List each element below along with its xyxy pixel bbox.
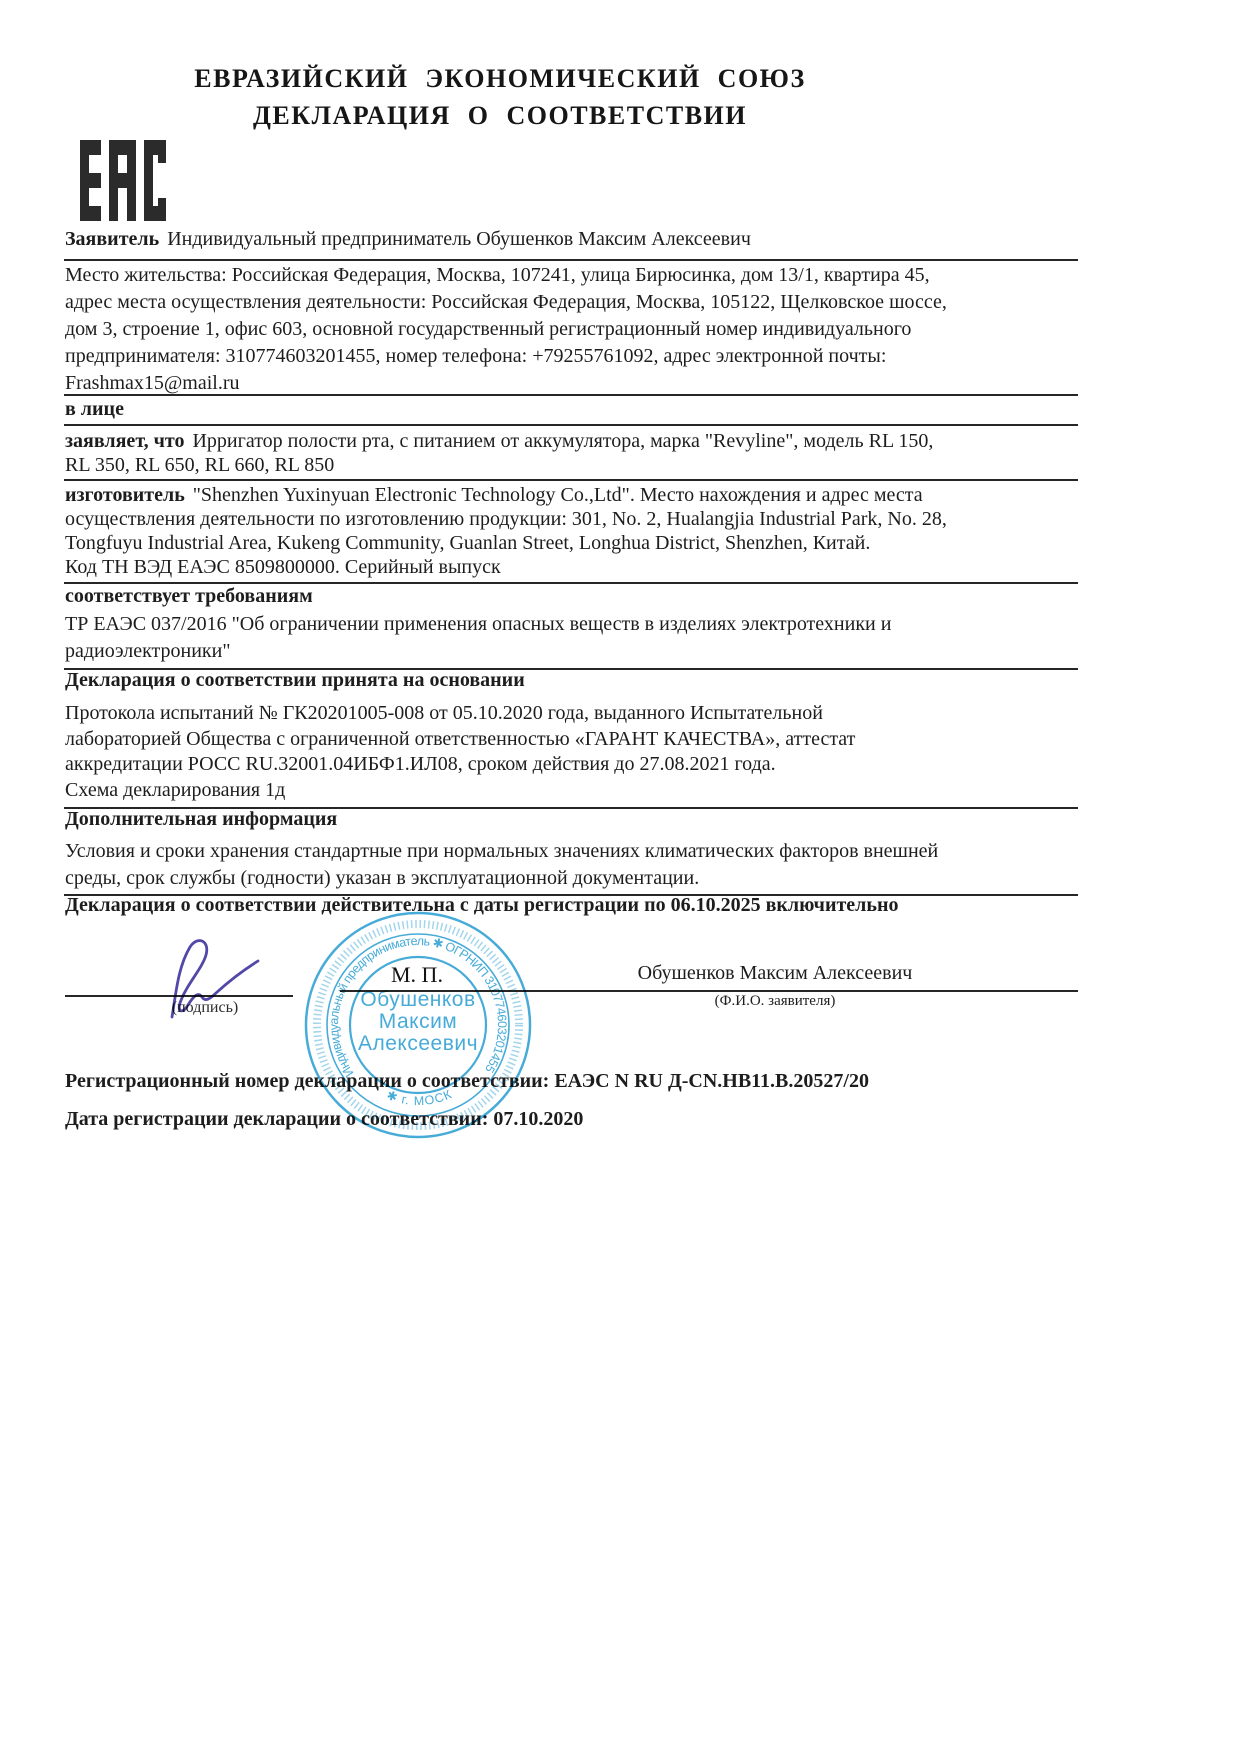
- signature-image: [150, 933, 270, 1021]
- separator-line: [64, 424, 1078, 426]
- document-page: ЕВРАЗИЙСКИЙ ЭКОНОМИЧЕСКИЙ СОЮЗ ДЕКЛАРАЦИ…: [0, 0, 1240, 1755]
- additional-heading: Дополнительная информация: [65, 808, 337, 831]
- signer-name: Обушенков Максим Алексеевич: [560, 962, 990, 985]
- compliance-heading: соответствует требованиям: [65, 585, 313, 608]
- separator-line: [64, 582, 1078, 584]
- stamp-name-line-3: Алексеевич: [358, 1032, 478, 1055]
- applicant-line: ЗаявительИндивидуальный предприниматель …: [65, 226, 1081, 253]
- declares-label: заявляет, что: [65, 430, 184, 452]
- in-person-label: в лице: [65, 398, 124, 421]
- separator-line: [64, 394, 1078, 396]
- basis-text: Протокола испытаний № ГК20201005-008 от …: [65, 701, 1081, 803]
- manufacturer-label: изготовитель: [65, 484, 185, 506]
- manufacturer-paragraph: изготовитель"Shenzhen Yuxinyuan Electron…: [65, 483, 1081, 579]
- registration-date-line: Дата регистрации декларации о соответств…: [65, 1108, 1081, 1131]
- additional-text: Условия и сроки хранения стандартные при…: [65, 838, 1081, 892]
- stamp-name-line-1: Обушенков: [360, 988, 475, 1011]
- company-stamp: Индивидуальный предприниматель ✱ ОГРНИП …: [303, 910, 533, 1140]
- manufacturer-text: "Shenzhen Yuxinyuan Electronic Technolog…: [65, 484, 947, 578]
- title-line-1: ЕВРАЗИЙСКИЙ ЭКОНОМИЧЕСКИЙ СОЮЗ: [65, 64, 935, 94]
- separator-line: [64, 259, 1078, 261]
- basis-heading: Декларация о соответствии принята на осн…: [65, 669, 525, 692]
- signer-caption: (Ф.И.О. заявителя): [560, 993, 990, 1010]
- validity-statement: Декларация о соответствии действительна …: [65, 894, 1081, 917]
- applicant-label: Заявитель: [65, 228, 159, 250]
- residence-paragraph: Место жительства: Российская Федерация, …: [65, 262, 1081, 397]
- stamp-name-line-2: Максим: [379, 1010, 458, 1033]
- declares-paragraph: заявляет, чтоИрригатор полости рта, с пи…: [65, 429, 1081, 477]
- title-line-2: ДЕКЛАРАЦИЯ О СООТВЕТСТВИИ: [65, 101, 935, 131]
- separator-line: [64, 479, 1078, 481]
- compliance-text: ТР ЕАЭС 037/2016 "Об ограничении примене…: [65, 611, 1081, 665]
- applicant-value: Индивидуальный предприниматель Обушенков…: [167, 228, 751, 250]
- stamp-note: М. П.: [391, 962, 443, 988]
- eac-mark-icon: [78, 138, 168, 224]
- declares-text: Ирригатор полости рта, с питанием от акк…: [65, 430, 933, 476]
- registration-number-line: Регистрационный номер декларации о соотв…: [65, 1070, 1081, 1093]
